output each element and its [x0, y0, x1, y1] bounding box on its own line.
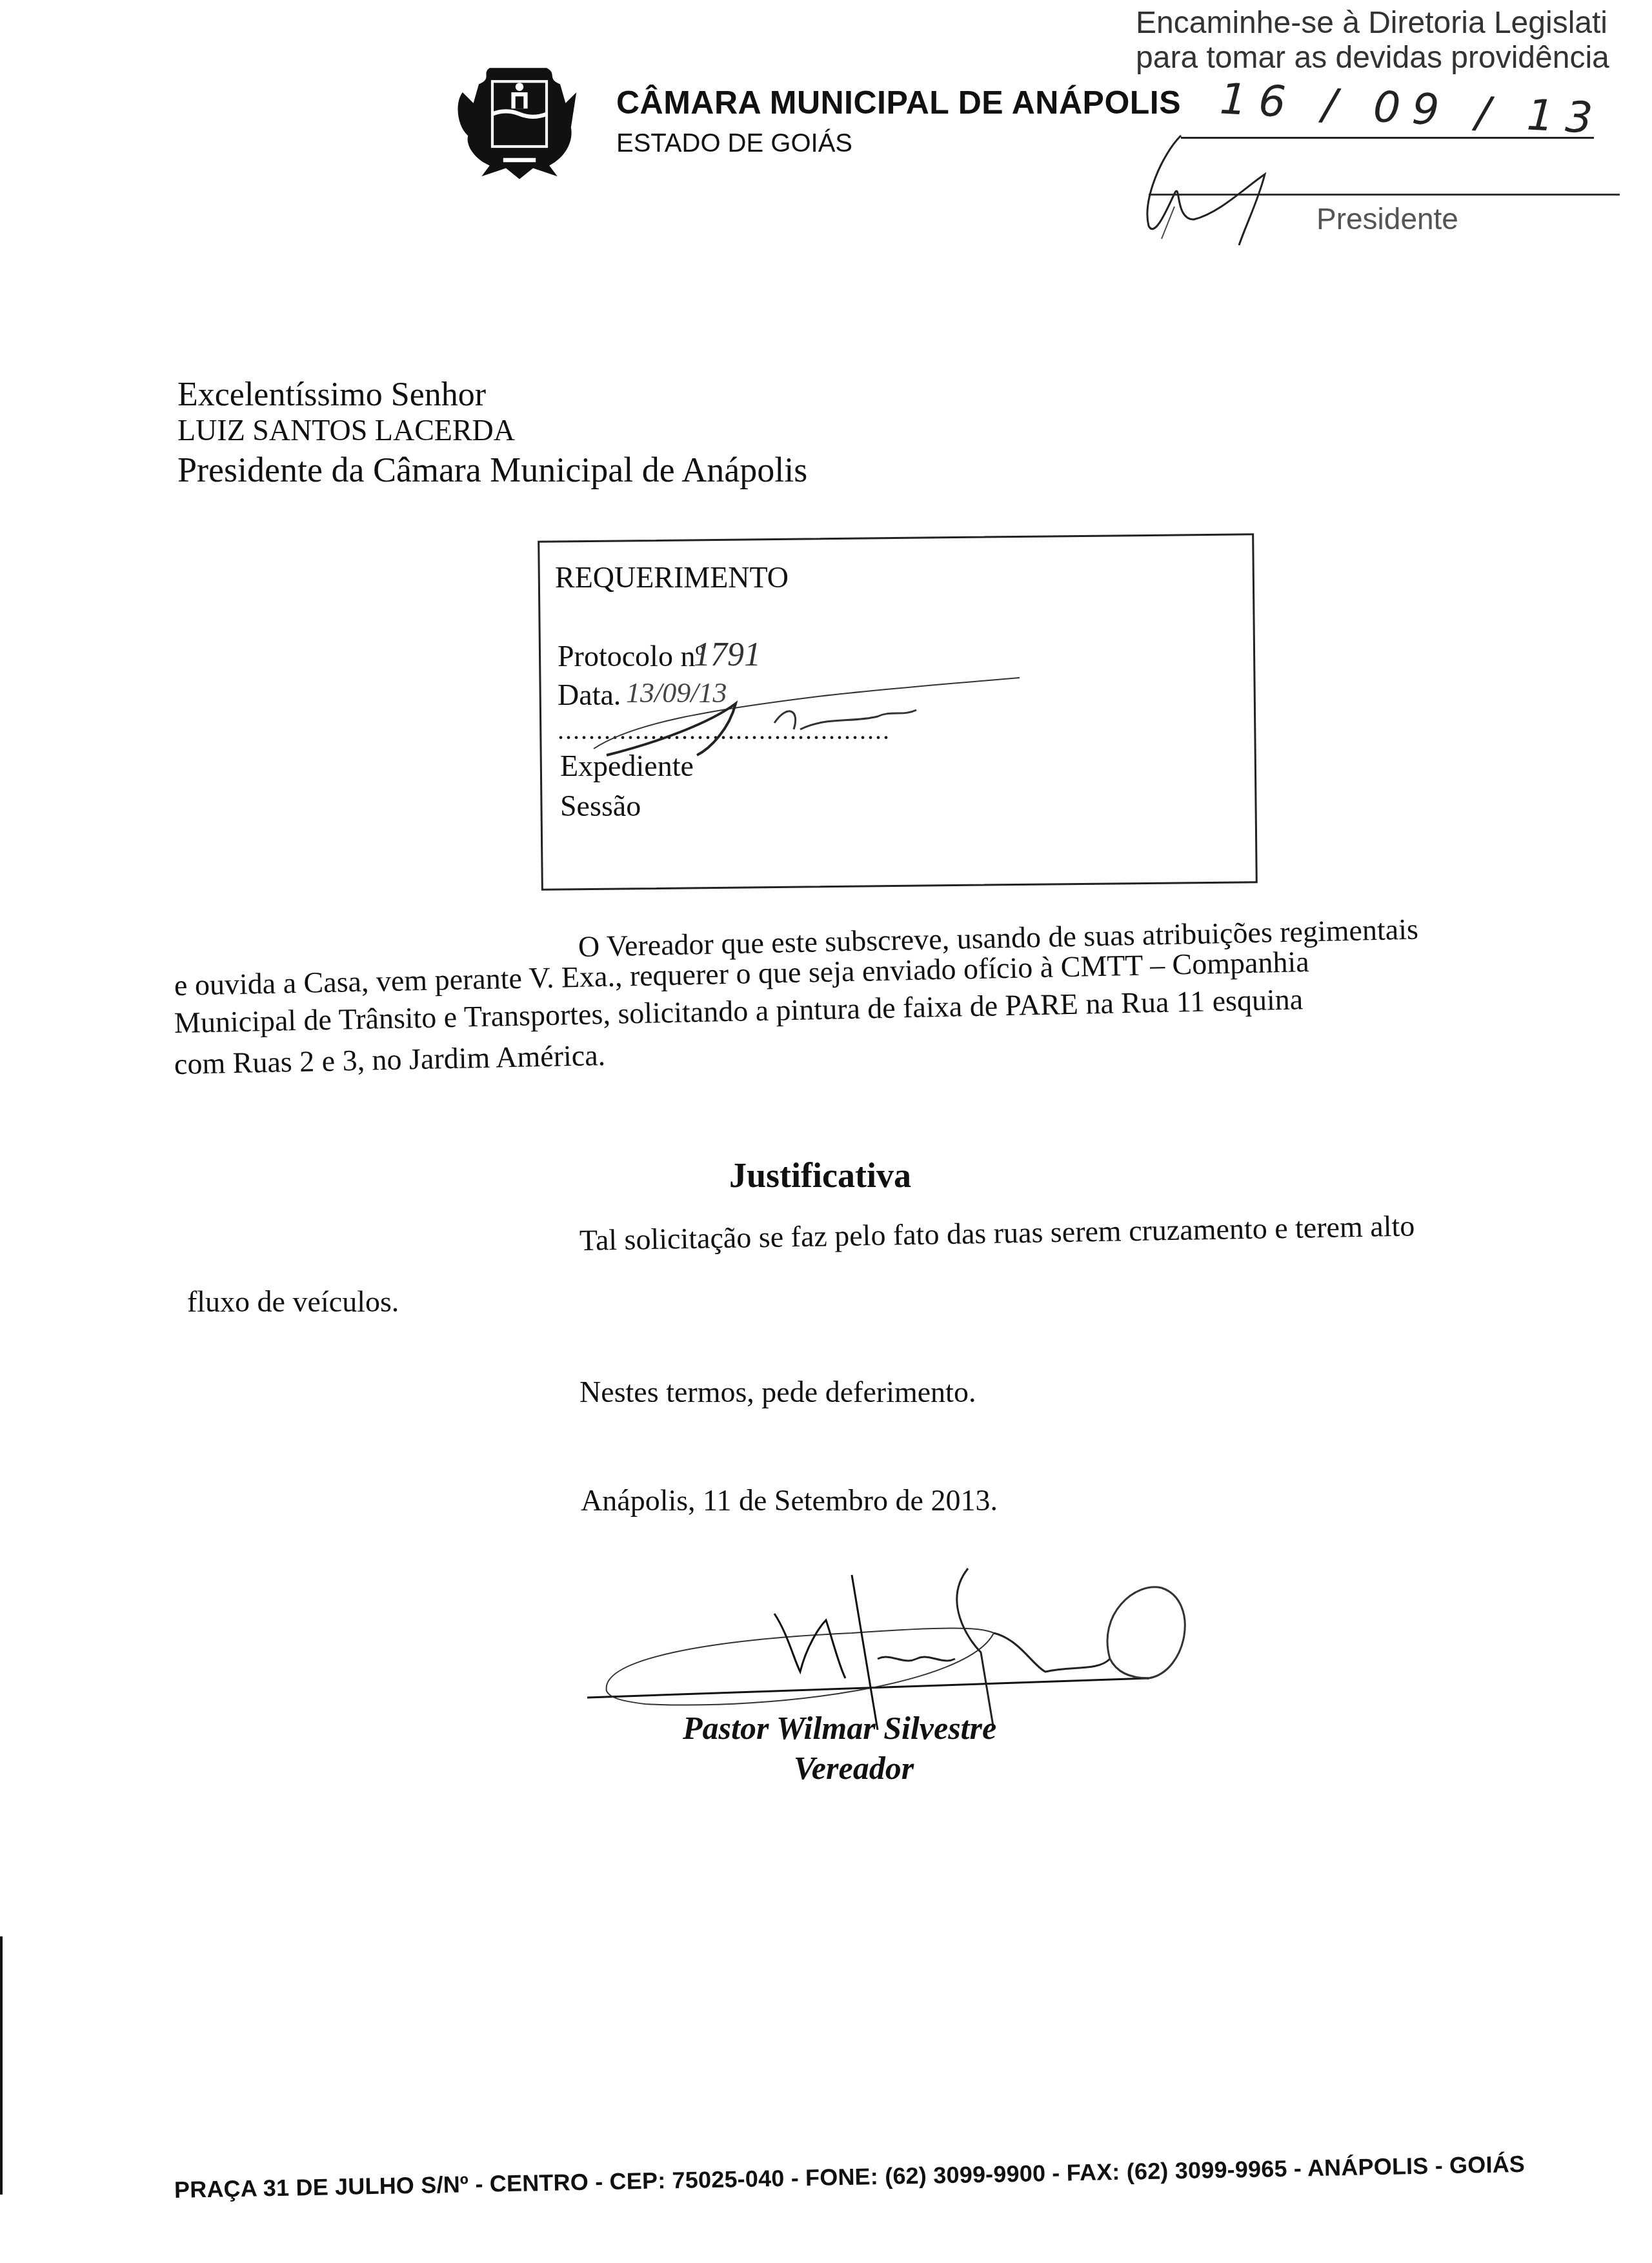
addressee-title: Presidente da Câmara Municipal de Anápol…: [177, 450, 807, 490]
addressee-name: LUIZ SANTOS LACERDA: [177, 413, 515, 447]
body-paragraph-line: com Ruas 2 e 3, no Jardim América.: [174, 1038, 605, 1081]
signer-name: Pastor Wilmar Silvestre: [683, 1709, 996, 1747]
footer-address: PRAÇA 31 DE JULHO S/Nº - CENTRO - CEP: 7…: [174, 2151, 1526, 2204]
justification-line: fluxo de veículos.: [187, 1284, 399, 1319]
councilman-signature-icon: [581, 1562, 1226, 1730]
protocol-number-handwritten: 1791: [694, 636, 761, 674]
place-and-date: Anápolis, 11 de Setembro de 2013.: [581, 1483, 998, 1517]
sessao-label: Sessão: [560, 789, 641, 823]
justification-line: Tal solicitação se faz pelo fato das rua…: [579, 1208, 1415, 1257]
justification-heading: Justificativa: [729, 1155, 911, 1195]
organization-state: ESTADO DE GOIÁS: [616, 129, 852, 158]
request-box-title: REQUERIMENTO: [555, 560, 789, 594]
protocol-label: Protocolo nº: [558, 639, 705, 673]
coat-of-arms-icon: [452, 52, 587, 187]
stamp-instruction-line-2: para tomar as devidas providência: [1136, 40, 1609, 76]
president-signature-icon: [1136, 129, 1342, 245]
signer-role: Vereador: [794, 1749, 914, 1787]
stamp-role-label: Presidente: [1316, 201, 1458, 236]
organization-name: CÂMARA MUNICIPAL DE ANÁPOLIS: [616, 84, 1181, 121]
closing-request: Nestes termos, pede deferimento.: [579, 1375, 976, 1409]
stamp-instruction-line-1: Encaminhe-se à Diretoria Legislati: [1136, 5, 1607, 41]
scan-edge-artifact: [0, 1936, 3, 2195]
expediente-label: Expediente: [560, 749, 694, 783]
addressee-salutation: Excelentíssimo Senhor: [177, 376, 486, 414]
